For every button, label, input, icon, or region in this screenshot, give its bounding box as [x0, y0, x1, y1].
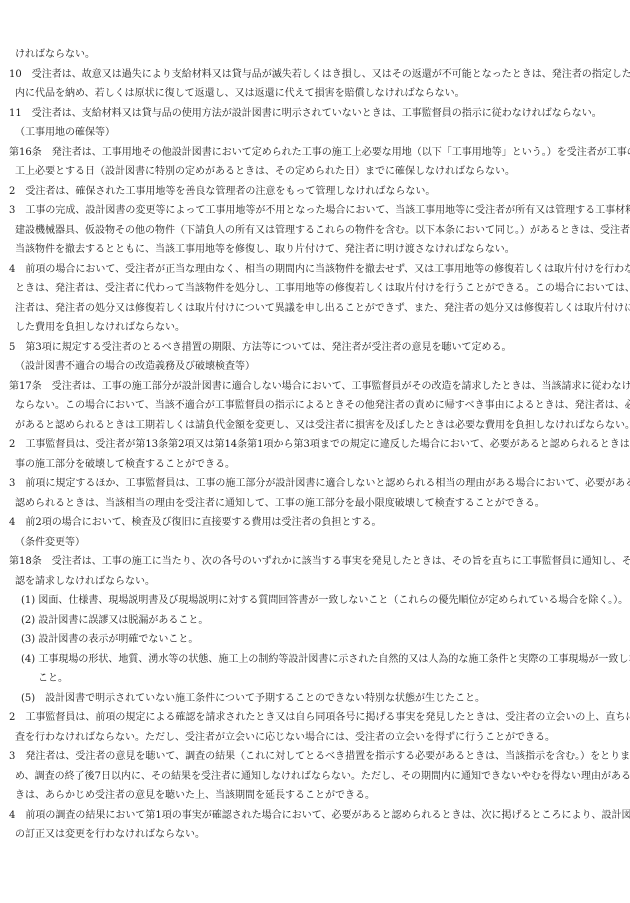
clause-continuation-line: 注者は、発注者の処分又は修復若しくは取片付けについて異議を申し出ることができず、…: [0, 299, 630, 319]
subitem-3-line: (3) 設計図書の表示が明確でないこと。: [0, 630, 630, 650]
subitem-2-line: (2) 設計図書に誤謬又は脱漏があること。: [0, 611, 630, 631]
clause-continuation-line: め、調査の終了後7日以内に、その結果を受注者に通知しなければならない。ただし、そ…: [0, 767, 630, 787]
clause-continuation-line: 内に代品を納め、若しくは原状に復して返還し、又は返還に代えて損害を賠償しなければ…: [0, 84, 630, 104]
clause-continuation-line: 査を行わなければならない。ただし、受注者が立会いに応じない場合には、受注者の立会…: [0, 728, 630, 748]
item-2-line: 2 受注者は、確保された工事用地等を善良な管理者の注意をもって管理しなければなら…: [0, 182, 630, 202]
clause-continuation-line: ならない。この場合において、当該不適合が工事監督員の指示によるときその他発注者の…: [0, 396, 630, 416]
clause-continuation-line: 建設機械器具、仮設物その他の物件（下請負人の所有又は管理するこれらの物件を含む。…: [0, 221, 630, 241]
item-3-line: 3 工事の完成、設計図書の変更等によって工事用地等が不用となった場合において、当…: [0, 201, 630, 221]
item-2-line: 2 工事監督員は、前項の規定による確認を請求されたとき又は自ら同項各号に掲げる事…: [0, 708, 630, 728]
item-11-line: 11 受注者は、支給材料又は貸与品の使用方法が設計図書に明示されていないときは、…: [0, 104, 630, 124]
subitem-5-line: (5) 設計図書で明示されていない施工条件について予期することのできない特別な状…: [0, 689, 630, 709]
article-17-line: 第17条 受注者は、工事の施工部分が設計図書に適合しない場合において、工事監督員…: [0, 377, 630, 397]
item-4-line: 4 前項の調査の結果において第1項の事実が確認された場合において、必要があると認…: [0, 806, 630, 826]
section-heading-condition-change: （条件変更等）: [0, 533, 630, 553]
clause-continuation-line: があると認められるときは工期若しくは請負代金額を変更し、又は受注者に損害を及ぼし…: [0, 416, 630, 436]
item-10-line: 10 受注者は、故意又は過失により支給材料又は貸与品が滅失若しくはき損し、又はそ…: [0, 65, 630, 85]
subitem-continuation-line: こと。: [0, 669, 630, 689]
clause-continuation-line: の訂正又は変更を行わなければならない。: [0, 825, 630, 845]
contract-clauses-body: ければならない。10 受注者は、故意又は過失により支給材料又は貸与品が滅失若しく…: [0, 0, 630, 845]
item-2-line: 2 工事監督員は、受注者が第13条第2項又は第14条第1項から第3項までの規定に…: [0, 435, 630, 455]
document-page: ければならない。10 受注者は、故意又は過失により支給材料又は貸与品が滅失若しく…: [0, 0, 630, 903]
item-3-line: 3 前項に規定するほか、工事監督員は、工事の施工部分が設計図書に適合しないと認め…: [0, 474, 630, 494]
clause-continuation-line: 認められるときは、当該相当の理由を受注者に通知して、工事の施工部分を最小限度破壊…: [0, 494, 630, 514]
clause-continuation-line: 当該物件を撤去するとともに、当該工事用地等を修復し、取り片付けて、発注者に明け渡…: [0, 240, 630, 260]
clause-continuation-line: ければならない。: [0, 45, 630, 65]
item-3-line: 3 発注者は、受注者の意見を聴いて、調査の結果（これに対してとるべき措置を指示す…: [0, 747, 630, 767]
clause-continuation-line: 認を請求しなければならない。: [0, 572, 630, 592]
article-18-line: 第18条 受注者は、工事の施工に当たり、次の各号のいずれかに該当する事実を発見し…: [0, 552, 630, 572]
clause-continuation-line: 事の施工部分を破壊して検査することができる。: [0, 455, 630, 475]
clause-continuation-line: きは、あらかじめ受注者の意見を聴いた上、当該期間を延長することができる。: [0, 786, 630, 806]
clause-continuation-line: ときは、発注者は、受注者に代わって当該物件を処分し、工事用地等の修復若しくは取片…: [0, 279, 630, 299]
item-4-line: 4 前項の場合において、受注者が正当な理由なく、相当の期間内に当該物件を撤去せず…: [0, 260, 630, 280]
item-5-line: 5 第3項に規定する受注者のとるべき措置の期限、方法等については、発注者が受注者…: [0, 338, 630, 358]
subitem-1-line: (1) 図面、仕様書、現場説明書及び現場説明に対する質問回答書が一致しないこと（…: [0, 591, 630, 611]
clause-continuation-line: した費用を負担しなければならない。: [0, 318, 630, 338]
subitem-4-line: (4) 工事現場の形状、地質、湧水等の状態、施工上の制約等設計図書に示された自然…: [0, 650, 630, 670]
article-16-line: 第16条 発注者は、工事用地その他設計図書において定められた工事の施工上必要な用…: [0, 143, 630, 163]
item-4-line: 4 前2項の場合において、検査及び復旧に直接要する費用は受注者の負担とする。: [0, 513, 630, 533]
section-heading-land-securing: （工事用地の確保等）: [0, 123, 630, 143]
section-heading-nonconformity: （設計図書不適合の場合の改造義務及び破壊検査等）: [0, 357, 630, 377]
clause-continuation-line: 工上必要とする日（設計図書に特別の定めがあるときは、その定められた日）までに確保…: [0, 162, 630, 182]
